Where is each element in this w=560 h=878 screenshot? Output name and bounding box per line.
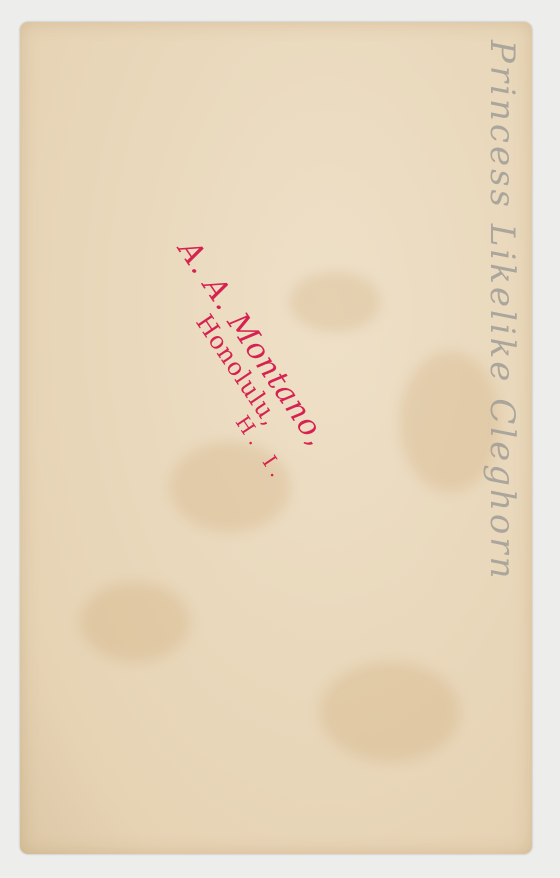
stain <box>80 582 190 662</box>
stain <box>320 662 460 762</box>
pencil-inscription: Princess Likelike Cleghorn <box>482 40 522 582</box>
stain <box>290 272 380 332</box>
